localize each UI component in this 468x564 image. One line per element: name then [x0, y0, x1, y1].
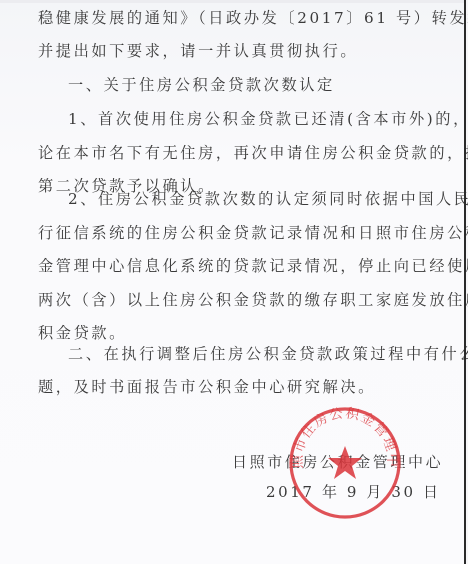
section-heading: 二、在执行调整后住房公积金贷款政策过程中有什么问 [68, 344, 468, 364]
signature-organization: 日照市住房公积金管理中心 [232, 451, 443, 472]
body-line: 金管理中心信息化系统的贷款记录情况，停止向已经使用过 [38, 256, 438, 276]
body-line: 1、首次使用住房公积金贷款已还清(含本市外)的，无 [68, 109, 468, 129]
right-edge [464, 0, 466, 564]
body-line: 2、住房公积金贷款次数的认定须同时依据中国人民银 [68, 189, 468, 209]
body-line: 两次（含）以上住房公积金贷款的缴存职工家庭发放住房公 [38, 290, 438, 310]
body-line: 论在本市名下有无住房，再次申请住房公积金贷款的，按照 [38, 143, 438, 163]
section-heading: 一、关于住房公积金贷款次数认定 [68, 75, 468, 95]
body-line: 题，及时书面报告市公积金中心研究解决。 [38, 377, 438, 397]
signature-date: 2017 年 9 月 30 日 [266, 481, 441, 502]
body-line: 积金贷款。 [38, 323, 438, 343]
body-line: 行征信系统的住房公积金贷款记录情况和日照市住房公积 [38, 223, 438, 243]
top-edge [0, 0, 466, 3]
document-page: 稳健康发展的通知》（日政办发〔2017〕61 号）转发给你们， 并提出如下要求，… [0, 0, 466, 564]
body-line: 并提出如下要求，请一并认真贯彻执行。 [38, 41, 438, 61]
body-line: 稳健康发展的通知》（日政办发〔2017〕61 号）转发给你们， [38, 8, 438, 28]
